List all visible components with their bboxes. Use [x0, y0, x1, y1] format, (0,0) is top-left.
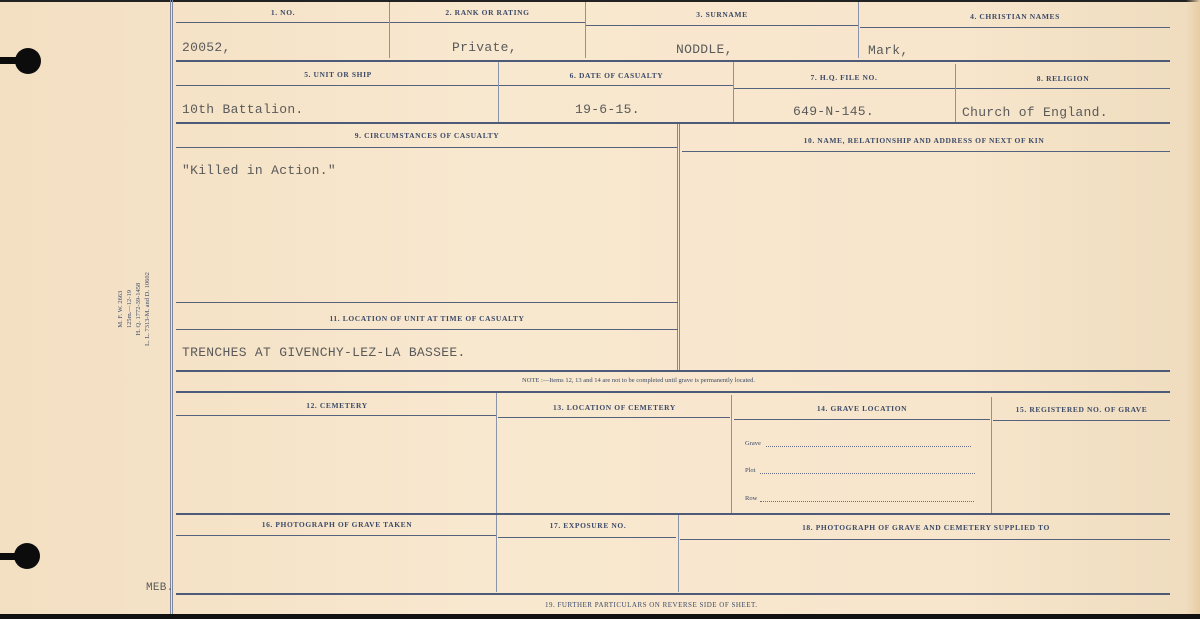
divider — [678, 515, 679, 592]
label-hq-file: 7. H.Q. FILE NO. — [734, 73, 954, 82]
scan-bottom-edge — [0, 614, 1200, 619]
divider — [733, 62, 734, 122]
field-christian-names: Mark, — [868, 43, 909, 58]
field-circumstances: "Killed in Action." — [182, 163, 336, 178]
field-location-of-unit: TRENCHES AT GIVENCHY-LEZ-LA BASSEE. — [182, 345, 466, 360]
rule — [586, 25, 858, 26]
label-christian-names: 4. CHRISTIAN NAMES — [860, 12, 1170, 21]
clerk-initials: MEB. — [146, 582, 174, 594]
rule — [498, 417, 730, 418]
field-rank: Private, — [452, 40, 517, 55]
grave-blank — [766, 446, 971, 447]
left-margin-rule — [170, 0, 173, 614]
label-exposure-no: 17. EXPOSURE NO. — [498, 521, 678, 530]
divider — [858, 2, 859, 58]
label-photo-taken: 16. PHOTOGRAPH OF GRAVE TAKEN — [178, 520, 496, 529]
label-unit: 5. UNIT OR SHIP — [178, 70, 498, 79]
rule — [176, 513, 1170, 515]
divider — [731, 395, 732, 513]
rule — [176, 60, 1170, 62]
label-date: 6. DATE OF CASUALTY — [500, 71, 733, 80]
rule — [680, 539, 1170, 540]
field-no: 20052, — [182, 40, 231, 55]
rule — [176, 370, 1170, 372]
form-note: NOTE :—Items 12, 13 and 14 are not to be… — [522, 377, 755, 384]
rule — [176, 122, 1170, 124]
label-grave-location: 14. GRAVE LOCATION — [733, 404, 991, 413]
rule — [176, 85, 734, 86]
label-photo-supplied-to: 18. PHOTOGRAPH OF GRAVE AND CEMETERY SUP… — [682, 523, 1170, 532]
rule — [734, 419, 990, 420]
rule — [176, 329, 678, 330]
rule — [176, 415, 496, 416]
row-blank — [760, 501, 974, 502]
rule — [176, 391, 1170, 393]
label-circumstances: 9. CIRCUMSTANCES OF CASUALTY — [178, 131, 676, 140]
label-location-of-cemetery: 13. LOCATION OF CEMETERY — [498, 403, 731, 412]
rule — [498, 537, 676, 538]
label-next-of-kin: 10. NAME, RELATIONSHIP AND ADDRESS OF NE… — [682, 136, 1166, 145]
rule — [860, 27, 1170, 28]
rule — [176, 302, 678, 303]
form-side-note: M. F. W. 2663 125m.—12-19 H. Q. 1772-39-… — [116, 272, 152, 346]
field-surname: NODDLE, — [676, 42, 733, 57]
field-date: 19-6-15. — [575, 102, 640, 117]
binder-hole-bottom-icon — [14, 543, 40, 569]
label-religion: 8. RELIGION — [956, 74, 1170, 83]
plot-blank — [760, 473, 975, 474]
divider — [496, 515, 497, 592]
scan-top-edge — [0, 0, 1200, 2]
field-unit: 10th Battalion. — [182, 102, 304, 117]
rule — [176, 535, 496, 536]
grave-label: Grave — [745, 440, 761, 447]
binder-hole-top-icon — [15, 48, 41, 74]
divider — [498, 62, 499, 122]
rule — [734, 88, 1170, 89]
label-no: 1. NO. — [178, 8, 388, 17]
rule — [176, 22, 586, 23]
divider — [585, 2, 586, 58]
divider — [955, 64, 956, 124]
label-location-of-unit: 11. LOCATION OF UNIT AT TIME OF CASUALTY — [178, 314, 676, 323]
label-surname: 3. SURNAME — [586, 10, 858, 19]
field-religion: Church of England. — [962, 105, 1108, 120]
rule — [176, 593, 1170, 595]
row-label: Row — [745, 495, 757, 502]
label-cemetery: 12. CEMETERY — [178, 401, 496, 410]
card-right-edge — [1186, 0, 1200, 619]
rule — [176, 147, 678, 148]
form-footer: 19. FURTHER PARTICULARS ON REVERSE SIDE … — [545, 601, 758, 609]
divider — [991, 397, 992, 513]
divider — [677, 124, 680, 370]
label-registered-no: 15. REGISTERED NO. OF GRAVE — [993, 405, 1170, 414]
field-hq-file: 649-N-145. — [793, 104, 874, 119]
divider — [496, 393, 497, 513]
rule — [993, 420, 1170, 421]
divider — [389, 2, 390, 58]
label-rank: 2. RANK OR RATING — [390, 8, 585, 17]
plot-label: Plot — [745, 467, 755, 474]
rule — [682, 151, 1170, 152]
